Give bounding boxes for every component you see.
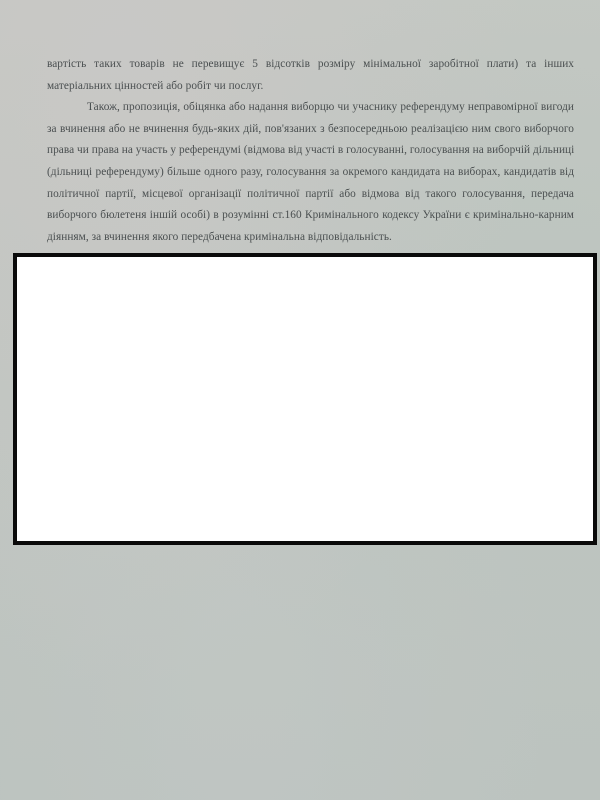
- redaction-box: [13, 253, 597, 545]
- text-line: Також, пропозиція, обіцянка або надання …: [47, 97, 574, 119]
- text-line: (дільниці референдуму) більше одного раз…: [47, 162, 574, 184]
- text-line: політичної партії, місцевої організації …: [47, 184, 574, 206]
- text-line: вартість таких товарів не перевищує 5 ві…: [47, 54, 574, 76]
- text-line: матеріальних цінностей або робіт чи посл…: [47, 76, 574, 98]
- paragraph-2: Також, пропозиція, обіцянка або надання …: [47, 97, 574, 248]
- text-line: права чи права на участь у референдумі (…: [47, 140, 574, 162]
- paragraph-1: вартість таких товарів не перевищує 5 ві…: [47, 54, 574, 97]
- text-line: виборчого бюлетеня іншій особі) в розумі…: [47, 205, 574, 227]
- text-line: за вчинення або не вчинення будь-яких ді…: [47, 119, 574, 141]
- text-line: діянням, за вчинення якого передбачена к…: [47, 227, 574, 249]
- document-body: вартість таких товарів не перевищує 5 ві…: [47, 54, 574, 248]
